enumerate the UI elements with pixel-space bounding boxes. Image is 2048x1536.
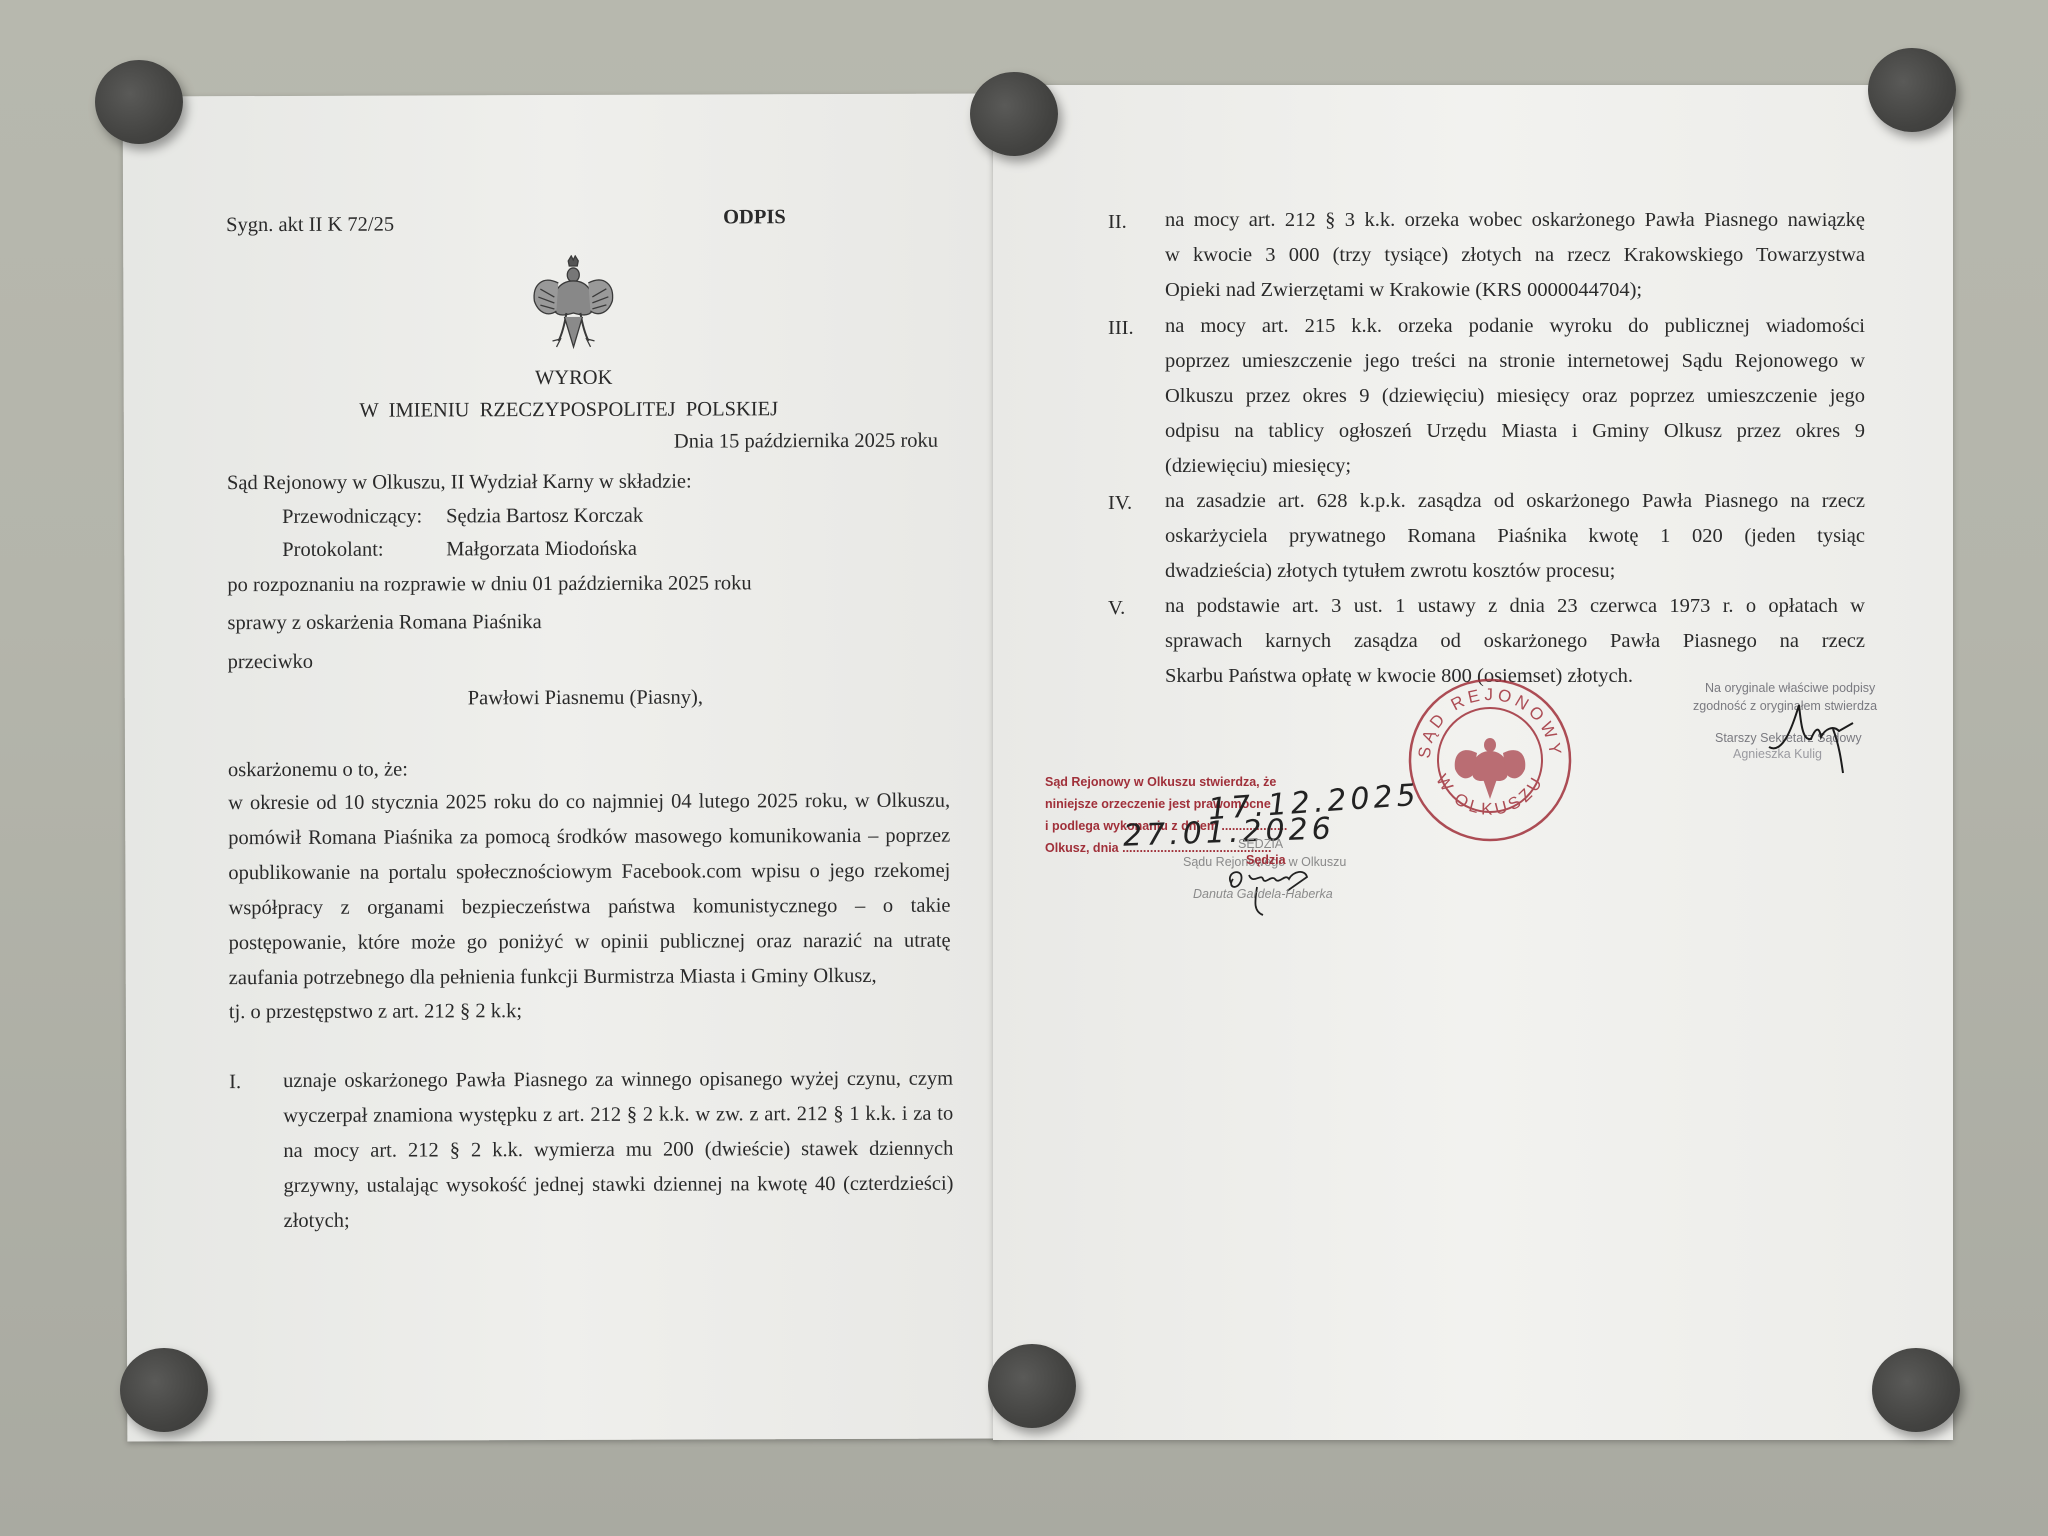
magnet-top-center [970,72,1058,156]
ruling-III: na mocy art. 215 k.k. orzeka podanie wyr… [1165,309,1865,484]
magnet-bottom-right [1872,1348,1960,1432]
case-origin-line: sprawy z oskarżenia Romana Piaśnika [227,611,541,635]
judgment-page-1: Sygn. akt II K 72/25 ODPIS WYROK W IMIEN… [123,93,998,1441]
clerk-signature [1763,685,1873,775]
panel-role-clerk: Protokolant: [282,539,383,562]
panel-name-presiding: Sędzia Bartosz Korczak [446,505,643,529]
charge-line: postępowanie, które może go poniżyć w op… [229,924,951,962]
ruling-line: Olkuszu przez okres 9 (dziewięciu) miesi… [1165,379,1865,414]
ruling-line: w kwocie 3 000 (trzy tysiące) złotych na… [1165,238,1865,273]
court-seal-stamp: SĄD REJONOWY W OLKUSZU [1405,675,1575,845]
ruling-line: na zasadzie art. 628 k.p.k. zasądza od o… [1165,484,1865,519]
charge-description: w okresie od 10 stycznia 2025 roku do co… [228,784,951,997]
hearing-date-line: po rozpoznaniu na rozprawie w dniu 01 pa… [227,572,751,597]
ruling-line: grzywny, ustalając wysokość jednej stawk… [283,1167,953,1204]
ruling-numeral-II: II. [1108,211,1127,234]
ruling-line: Opieki nad Zwierzętami w Krakowie (KRS 0… [1165,273,1865,308]
ruling-line: wyczerpał znamiona występku z art. 212 §… [283,1097,953,1134]
charge-line: współpracy z organami bezpieczeństwa pań… [228,889,950,927]
ruling-line: sprawach karnych zasądza od oskarżonego … [1165,624,1865,659]
ruling-numeral-I: I. [229,1071,241,1094]
case-reference: Sygn. akt II K 72/25 [226,214,394,238]
ruling-IV: na zasadzie art. 628 k.p.k. zasądza od o… [1165,484,1865,589]
ruling-II: na mocy art. 212 § 3 k.k. orzeka wobec o… [1165,203,1865,308]
against-label: przeciwko [228,651,313,674]
magnet-top-left [95,60,183,144]
court-composition: Sąd Rejonowy w Olkuszu, II Wydział Karny… [227,471,692,496]
ruling-line: uznaje oskarżonego Pawła Piasnego za win… [283,1062,953,1099]
polish-eagle-emblem-icon [528,255,618,353]
handwritten-date: 27.01.2026 [1122,811,1335,853]
charge-line: w okresie od 10 stycznia 2025 roku do co… [228,784,950,822]
ruling-line: oskarżyciela prywatnego Romana Piaśnika … [1165,519,1865,554]
judgment-page-2: II. na mocy art. 212 § 3 k.k. orzeka wob… [993,85,1953,1440]
eagle-icon [1455,738,1526,799]
document-title: WYROK [124,365,994,391]
panel-name-clerk: Małgorzata Miodońska [446,538,637,562]
charge-offense: tj. o przestępstwo z art. 212 § 2 k.k; [229,1000,522,1024]
ruling-line: poprzez umieszczenie jego treści na stro… [1165,344,1865,379]
magnet-bottom-left [120,1348,208,1432]
copy-label: ODPIS [723,206,786,229]
defendant-name: Pawłowi Piasnemu (Piasny), [468,687,703,711]
ruling-line: na mocy art. 212 § 2 k.k. wymierza mu 20… [283,1132,953,1169]
ruling-I: uznaje oskarżonego Pawła Piasnego za win… [283,1062,954,1239]
ruling-line: (dziewięciu) miesięcy; [1165,449,1865,484]
ruling-line: na mocy art. 212 § 3 k.k. orzeka wobec o… [1165,203,1865,238]
charge-line: opublikowanie na portalu społecznościowy… [228,854,950,892]
ruling-line: na podstawie art. 3 ust. 1 ustawy z dnia… [1165,589,1865,624]
ruling-numeral-V: V. [1108,597,1125,620]
charge-line: pomówił Romana Piaśnika za pomocą środkó… [228,819,950,857]
ruling-numeral-III: III. [1108,317,1134,340]
magnet-bottom-center [988,1344,1076,1428]
charge-intro: oskarżonemu o to, że: [228,759,408,783]
judge-name: Danuta Gardela-Haberka [1193,887,1333,901]
ruling-line: na mocy art. 215 k.k. orzeka podanie wyr… [1165,309,1865,344]
magnet-top-right [1868,48,1956,132]
document-subtitle: W IMIENIU RZECZYPOSPOLITEJ POLSKIEJ [124,397,994,423]
panel-role-presiding: Przewodniczący: [282,505,422,528]
judgment-date: Dnia 15 października 2025 roku [674,430,938,454]
ruling-line: złotych; [284,1202,954,1239]
ruling-numeral-IV: IV. [1108,492,1132,515]
ruling-line: dwadzieścia) złotych tytułem zwrotu kosz… [1165,554,1865,589]
charge-line: zaufania potrzebnego dla pełnienia funkc… [229,959,951,997]
ruling-line: odpisu na tablicy ogłoszeń Urzędu Miasta… [1165,414,1865,449]
